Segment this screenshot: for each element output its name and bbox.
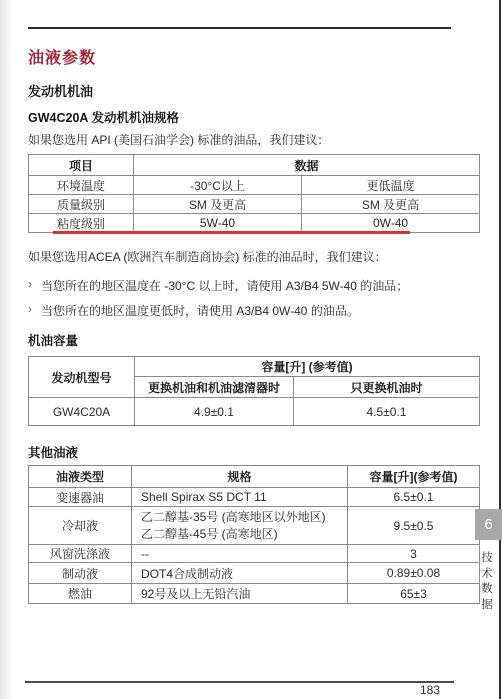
cell-fluid-type: 变速器油 [29,488,132,507]
cell-fluid-type: 制动液 [29,563,132,584]
cell-fluid-type: 燃油 [29,584,132,604]
section-heading-oil-capacity: 机油容量 [28,331,78,349]
subsection-heading-oil-spec: GW4C20A 发动机机油规格 [28,108,179,126]
page-number: 183 [410,683,450,697]
cell-label: 环境温度 [29,176,134,195]
table-header-row: 项目 数据 [29,155,480,176]
table-row-gw4c20a: GW4C20A 4.9±0.1 4.5±0.1 [29,398,480,426]
cell-label: 质量级别 [29,195,134,214]
table-header-row: 发动机型号 容量[升] (参考值) [29,357,480,377]
header-cell-capacity: 容量[升](参考值) [348,466,480,488]
api-intro-text: 如果您选用 API (美国石油学会) 标准的油品，我们建议： [28,131,329,148]
table-row-coolant: 冷却液 乙二醇基-35号 (高寒地区以外地区) 乙二醇基-45号 (高寒地区) … [29,507,480,545]
header-cell-fluid-type: 油液类型 [29,466,132,488]
section-heading-other-fluids: 其他油液 [28,443,78,461]
table-row-viscosity-grade: 粘度级别 5W-40 0W-40 [29,214,480,233]
header-cell-spec: 规格 [132,466,348,488]
chapter-tab-6: 6 [475,509,502,540]
cell-spec: DOT4合成制动液 [132,563,348,584]
spec-line-2: 乙二醇基-45号 (高寒地区) [141,526,347,543]
cell-model: GW4C20A [29,398,135,426]
cell-value: SM 及更高 [134,195,302,214]
chapter-label-char: 术 [479,568,495,581]
cell-capacity: 9.5±0.5 [348,507,480,545]
acea-intro-text: 如果您选用ACEA (欧洲汽车制造商协会) 标准的油品时，我们建议： [28,248,387,265]
cell-capacity: 6.5±0.1 [348,488,480,507]
page-title: 油液参数 [28,45,96,68]
section-heading-engine-oil: 发动机机油 [28,81,93,100]
cell-capacity: 65±3 [348,584,480,604]
manual-page: 油液参数 发动机机油 GW4C20A 发动机机油规格 如果您选用 API (美国… [0,0,502,699]
red-highlight-underline [53,231,410,234]
table-row-ambient-temp: 环境温度 -30°C以上 更低温度 [29,176,480,195]
cell-spec: 乙二醇基-35号 (高寒地区以外地区) 乙二醇基-45号 (高寒地区) [132,507,348,545]
cell-capacity: 3 [348,545,480,563]
header-rule [28,27,451,29]
bullet-chevron-icon: › [28,302,32,316]
table-header-row: 油液类型 规格 容量[升](参考值) [29,466,480,488]
table-row-brake-fluid: 制动液 DOT4合成制动液 0.89±0.08 [29,563,480,584]
table-row-transmission-oil: 变速器油 Shell Spirax S5 DCT 11 6.5±0.1 [29,488,480,507]
spec-line-1: 乙二醇基-35号 (高寒地区以外地区) [141,509,347,526]
oil-capacity-table: 发动机型号 容量[升] (参考值) 更换机油和机油滤清器时 只更换机油时 GW4… [28,356,480,426]
page-left-shadow [0,0,13,699]
chapter-label-char: 技 [479,552,495,565]
table-row-washer-fluid: 风窗洗涤液 -- 3 [29,545,480,563]
chapter-label-char: 数 [479,583,495,596]
header-cell-engine-model: 发动机型号 [29,357,135,398]
table-row-fuel: 燃油 92号及以上无铅汽油 65±3 [29,584,480,604]
chapter-label-technical-data: 技 术 数 据 [479,552,495,611]
cell-spec: Shell Spirax S5 DCT 11 [132,488,348,507]
footer-rule [25,681,454,683]
bullet-text: 当您所在的地区温度更低时，请使用 A3/B4 0W-40 的油品。 [41,302,359,319]
chapter-label-char: 据 [479,599,495,612]
header-cell-with-filter: 更换机油和机油滤清器时 [135,377,294,398]
other-fluids-table: 油液类型 规格 容量[升](参考值) 变速器油 Shell Spirax S5 … [28,465,480,604]
cell-value: SM 及更高 [302,195,480,214]
cell-value: -30°C以上 [134,176,302,195]
api-oil-spec-table: 项目 数据 环境温度 -30°C以上 更低温度 质量级别 SM 及更高 SM 及… [28,154,480,233]
bullet-text: 当您所在的地区温度在 -30°C 以上时，请使用 A3/B4 5W-40 的油品… [41,277,408,294]
cell-fluid-type: 冷却液 [29,507,132,545]
page-right-edge-line [499,0,501,699]
header-cell-data: 数据 [134,155,480,176]
cell-value: 更低温度 [302,176,480,195]
cell-spec: 92号及以上无铅汽油 [132,584,348,604]
cell-value: 4.9±0.1 [135,398,294,426]
bullet-chevron-icon: › [28,277,32,291]
cell-value: 0W-40 [302,214,480,233]
header-cell-oil-only: 只更换机油时 [294,377,480,398]
cell-value: 5W-40 [134,214,302,233]
cell-spec: -- [132,545,348,563]
header-cell-item: 项目 [29,155,134,176]
table-row-quality-grade: 质量级别 SM 及更高 SM 及更高 [29,195,480,214]
cell-value: 4.5±0.1 [294,398,480,426]
cell-fluid-type: 风窗洗涤液 [29,545,132,563]
header-cell-capacity: 容量[升] (参考值) [135,357,480,377]
cell-capacity: 0.89±0.08 [348,563,480,584]
cell-label: 粘度级别 [29,214,134,233]
